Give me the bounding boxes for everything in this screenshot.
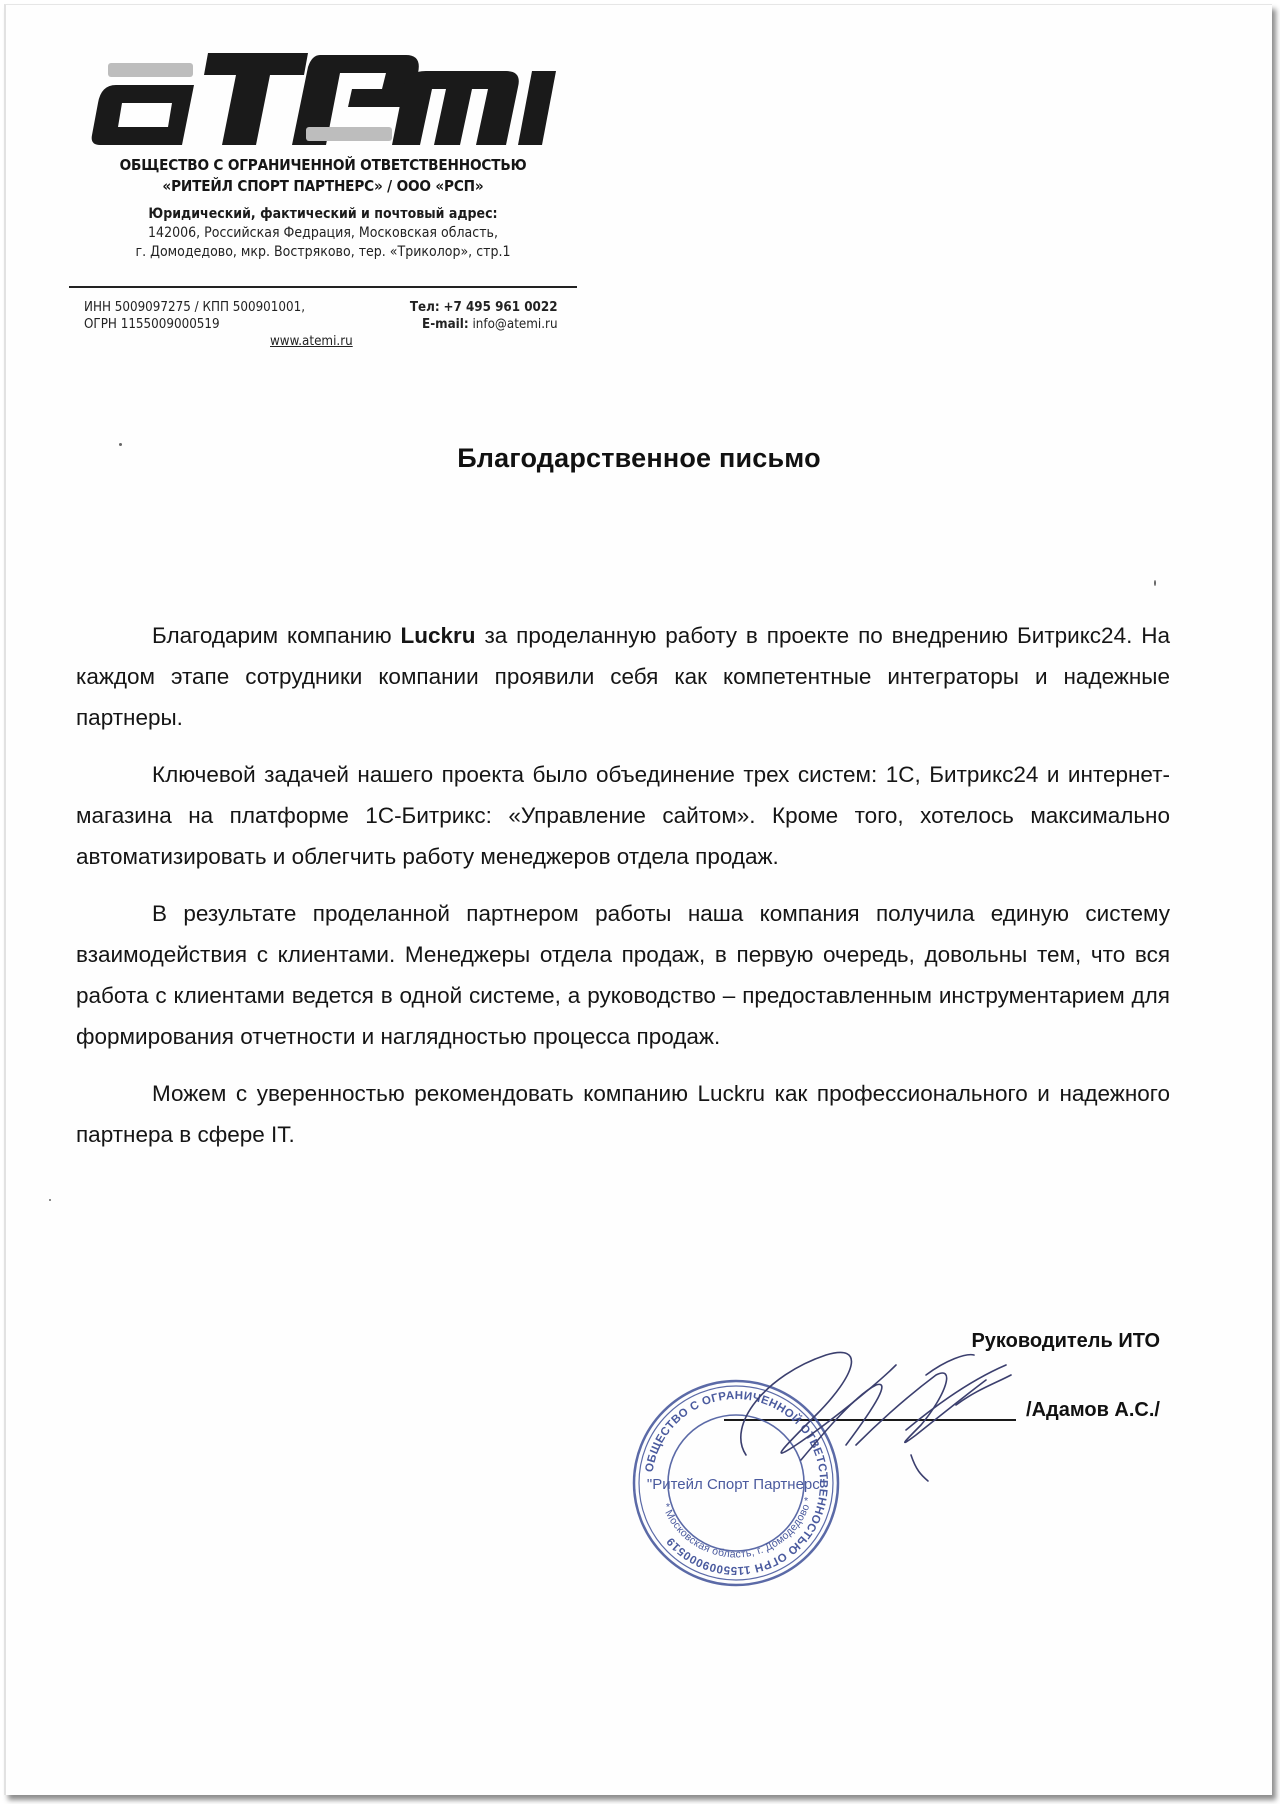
atemi-logo bbox=[86, 45, 556, 150]
website-link[interactable]: www.atemi.ru bbox=[270, 334, 353, 349]
letter-body: Благодарим компанию Luckru за проделанну… bbox=[76, 615, 1170, 1171]
scan-speck bbox=[1154, 580, 1156, 586]
partner-name: Luckru bbox=[401, 623, 476, 648]
paragraph-2: Ключевой задачей нашего проекта было объ… bbox=[76, 754, 1170, 877]
company-contacts: Тел: +7 495 961 0022 E-mail: info@atemi.… bbox=[410, 299, 558, 333]
address-line-2: г. Домодедово, мкр. Востряково, тер. «Тр… bbox=[94, 243, 553, 262]
email-label: E-mail: bbox=[422, 317, 469, 332]
paragraph-3: В результате проделанной партнером работ… bbox=[76, 893, 1170, 1057]
company-requisites: ИНН 5009097275 / КПП 500901001, ОГРН 115… bbox=[84, 299, 305, 333]
header-divider bbox=[69, 286, 577, 288]
inn-kpp: ИНН 5009097275 / КПП 500901001, bbox=[84, 299, 305, 316]
company-legal-form: ОБЩЕСТВО С ОГРАНИЧЕННОЙ ОТВЕТСТВЕННОСТЬЮ bbox=[99, 155, 548, 176]
paragraph-1: Благодарим компанию Luckru за проделанну… bbox=[76, 615, 1170, 738]
letter-page: ОБЩЕСТВО С ОГРАНИЧЕННОЙ ОТВЕТСТВЕННОСТЬЮ… bbox=[4, 4, 1272, 1795]
email-address: info@atemi.ru bbox=[473, 317, 558, 332]
phone-number: +7 495 961 0022 bbox=[444, 300, 558, 315]
paragraph-4: Можем с уверенностью рекомендовать компа… bbox=[76, 1073, 1170, 1155]
ogrn: ОГРН 1155009000519 bbox=[84, 316, 305, 333]
address-title: Юридический, фактический и почтовый адре… bbox=[94, 204, 553, 224]
phone-label: Тел: bbox=[410, 300, 440, 315]
company-info: ОБЩЕСТВО С ОГРАНИЧЕННОЙ ОТВЕТСТВЕННОСТЬЮ… bbox=[68, 155, 578, 262]
letter-title: Благодарственное письмо bbox=[6, 443, 1272, 474]
scan-speck bbox=[49, 1199, 51, 1201]
address-line-1: 142006, Российская Федрация, Московская … bbox=[94, 224, 553, 243]
scan-speck bbox=[119, 443, 122, 446]
handwritten-signature-icon bbox=[706, 1335, 1036, 1485]
company-name: «РИТЕЙЛ СПОРТ ПАРТНЕРС» / ООО «РСП» bbox=[99, 176, 548, 197]
signer-name: /Адамов А.С./ bbox=[1026, 1399, 1160, 1422]
